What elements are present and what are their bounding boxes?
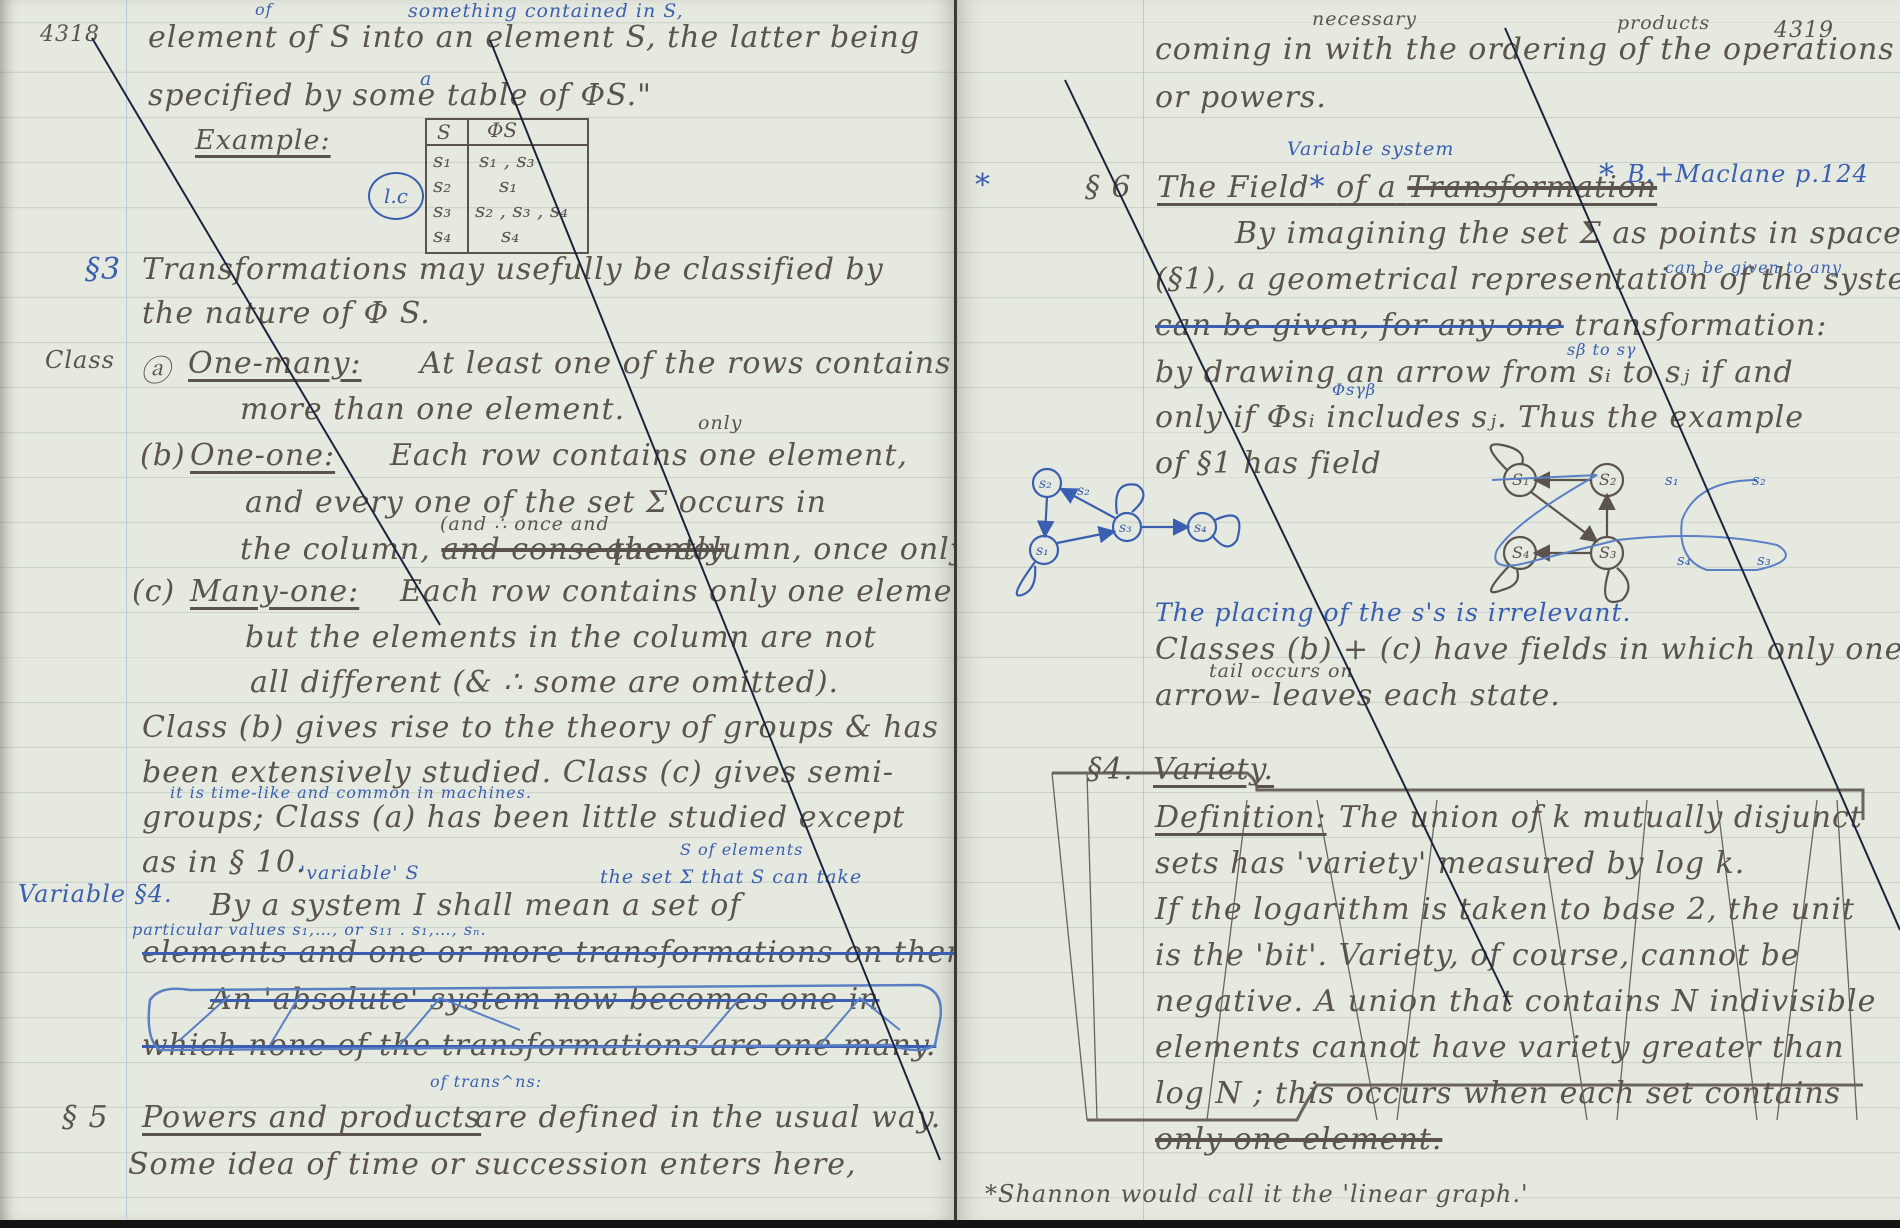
text-segment: transformation: xyxy=(1574,308,1827,343)
table-cell: s₄ xyxy=(433,223,451,247)
text-line: only if Φsᵢ includes sⱼ. Thus the exampl… xyxy=(1155,400,1804,435)
text-line: the column, once only) xyxy=(612,532,955,567)
text-line: specified by some table of ΦS." xyxy=(148,78,652,113)
svg-text:s₃: s₃ xyxy=(1757,551,1771,569)
insert-phi: Φsγβ xyxy=(1332,380,1376,399)
scan-edge xyxy=(0,1220,1900,1228)
table-header: S xyxy=(437,120,451,144)
reference-note: B.+Maclane p.124 xyxy=(1627,160,1869,188)
margin-rule xyxy=(126,0,127,1220)
text-line: negative. A union that contains N indivi… xyxy=(1155,984,1876,1019)
section-title: Variety. xyxy=(1153,752,1274,787)
svg-text:s₁: s₁ xyxy=(1036,543,1049,559)
text-line: elements cannot have variety greater tha… xyxy=(1155,1030,1845,1065)
text-line: If the logarithm is taken to base 2, the… xyxy=(1155,892,1855,927)
text-line: more than one element. xyxy=(240,392,625,427)
struck-line: elements and one or more transformations… xyxy=(142,935,955,970)
text-line: by drawing an arrow from sᵢ to sⱼ if and xyxy=(1155,355,1794,390)
text-line: By imagining the set Σ as points in spac… xyxy=(1235,216,1900,251)
insert-elements: S of elements xyxy=(680,840,803,859)
page-number: 4318 xyxy=(40,22,100,47)
text-line: arrow- leaves each state. xyxy=(1155,678,1561,713)
insert-variable: 'variable' S xyxy=(300,862,420,884)
item-marker: (b) xyxy=(140,438,186,473)
struck-line: which none of the transformations are on… xyxy=(142,1028,936,1063)
section-title: The Field* of a Transformation xyxy=(1157,170,1657,205)
text-line: sets has 'variety' measured by log k. xyxy=(1155,846,1745,881)
text-line: At least one of the rows contains xyxy=(420,346,951,381)
svg-text:S₄: S₄ xyxy=(1512,543,1529,562)
asterisk: * xyxy=(1310,170,1326,205)
text-line: (§1), a geometrical representation of th… xyxy=(1155,262,1900,297)
insert-variable-system: Variable system xyxy=(1287,138,1454,160)
blue-loop-overlay xyxy=(1492,475,1786,570)
text-line: groups; Class (a) has been little studie… xyxy=(142,800,905,835)
text-line: log N ; this occurs when each set contai… xyxy=(1155,1076,1841,1111)
section-marker: §3 xyxy=(85,252,121,287)
definition-label: Definition: xyxy=(1155,800,1327,835)
section-title: Powers and products xyxy=(142,1100,481,1135)
insert-of-trans: of trans^ns: xyxy=(430,1072,542,1091)
item-title: One-one: xyxy=(190,438,335,473)
svg-text:s₂: s₂ xyxy=(1039,476,1052,492)
blue-annotation: The placing of the s's is irrelevant. xyxy=(1155,598,1631,627)
text-line: Class (b) gives rise to the theory of gr… xyxy=(142,710,939,745)
text-line: of §1 has field xyxy=(1155,446,1382,481)
svg-text:s₂: s₂ xyxy=(1077,483,1090,499)
class-label: Class xyxy=(45,346,115,374)
text-line: Each row contains one element, xyxy=(390,438,908,473)
margin-note-variable: Variable §4. xyxy=(18,880,173,908)
table-cell: s₁ xyxy=(433,148,451,172)
grey-field-graph xyxy=(1491,444,1629,602)
right-page: necessary products 4319 coming in with t… xyxy=(957,0,1900,1220)
text-line: are defined in the usual way. xyxy=(475,1100,941,1135)
left-page: 4318 of something contained in S, elemen… xyxy=(0,0,955,1220)
blue-loop-labels: s₁s₂ s₃s₄ xyxy=(1665,471,1771,569)
table-cell: s₂ xyxy=(433,173,451,197)
svg-text:S₁: S₁ xyxy=(1512,470,1529,489)
text-line: but the elements in the column are not xyxy=(245,620,877,655)
struck-text: Transformation xyxy=(1407,170,1657,205)
svg-text:s₁: s₁ xyxy=(1665,471,1679,489)
section-marker: §4. xyxy=(1087,752,1134,787)
title-field: The Field xyxy=(1157,170,1310,205)
table-cell: s₂ , s₃ , s₄ xyxy=(475,198,568,222)
table-cell: s₁ xyxy=(499,173,517,197)
lc-badge: l.c xyxy=(368,172,424,220)
insert-set: the set Σ that S can take xyxy=(600,866,862,888)
asterisk-marker: * xyxy=(1599,158,1615,193)
insert-something: something contained in S, xyxy=(408,0,684,22)
text-line: as in § 10. xyxy=(142,845,307,880)
table-cell: s₃ xyxy=(433,198,451,222)
asterisk-marker: * xyxy=(975,168,991,203)
text-line: can be given, for any one transformation… xyxy=(1155,308,1827,343)
insert-only: only xyxy=(698,412,743,434)
section-marker: § 5 xyxy=(62,1100,109,1135)
table-header: ΦS xyxy=(487,118,517,142)
table-cell: s₁ , s₃ xyxy=(479,148,535,172)
insert-necessary: necessary xyxy=(1312,8,1417,30)
svg-text:S₂: S₂ xyxy=(1599,470,1616,489)
transformation-table: S ΦS s₁ s₁ , s₃ s₂ s₁ s₃ s₂ , s₃ , s₄ s₄… xyxy=(425,118,589,254)
text-line: Some idea of time or succession enters h… xyxy=(128,1147,857,1182)
text-line: only one element. xyxy=(1155,1122,1442,1157)
text-line: Transformations may usefully be classifi… xyxy=(142,252,884,287)
svg-text:s₂: s₂ xyxy=(1752,471,1766,489)
blue-field-graph xyxy=(1017,469,1240,596)
struck-text: can be given, for any one xyxy=(1155,308,1564,343)
text-line: all different (& ∴ some are omitted). xyxy=(250,665,839,700)
example-heading: Example: xyxy=(195,125,331,156)
section-marker: § 6 xyxy=(1085,170,1132,205)
item-title: One-many: xyxy=(188,346,362,381)
text-line: is the 'bit'. Variety, of course, cannot… xyxy=(1155,938,1800,973)
table-cell: s₄ xyxy=(501,223,519,247)
text-line: The union of k mutually disjunct xyxy=(1339,800,1863,835)
struck-line: An 'absolute' system now becomes one in xyxy=(210,982,880,1017)
svg-text:s₃: s₃ xyxy=(1119,520,1132,536)
text-line: By a system I shall mean a set of xyxy=(210,888,741,923)
svg-text:S₃: S₃ xyxy=(1599,543,1616,562)
text-line: element of S into an element S, the latt… xyxy=(148,20,920,55)
margin-rule xyxy=(1143,0,1144,1220)
svg-text:s₄: s₄ xyxy=(1677,551,1691,569)
insert-of: of xyxy=(255,0,273,19)
item-marker: ⓐ xyxy=(140,346,171,390)
text-line: coming in with the ordering of the opera… xyxy=(1155,32,1895,67)
text-line: the nature of Φ S. xyxy=(142,296,431,331)
text-line: or powers. xyxy=(1155,80,1327,115)
svg-text:s₄: s₄ xyxy=(1194,520,1207,536)
footnote: *Shannon would call it the 'linear graph… xyxy=(985,1180,1529,1208)
item-title: Many-one: xyxy=(190,574,359,609)
insert-products: products xyxy=(1617,12,1710,34)
item-marker: (c) xyxy=(132,574,175,609)
text-line: Each row contains only one element, xyxy=(400,574,955,609)
title-rest: of a xyxy=(1336,170,1397,205)
